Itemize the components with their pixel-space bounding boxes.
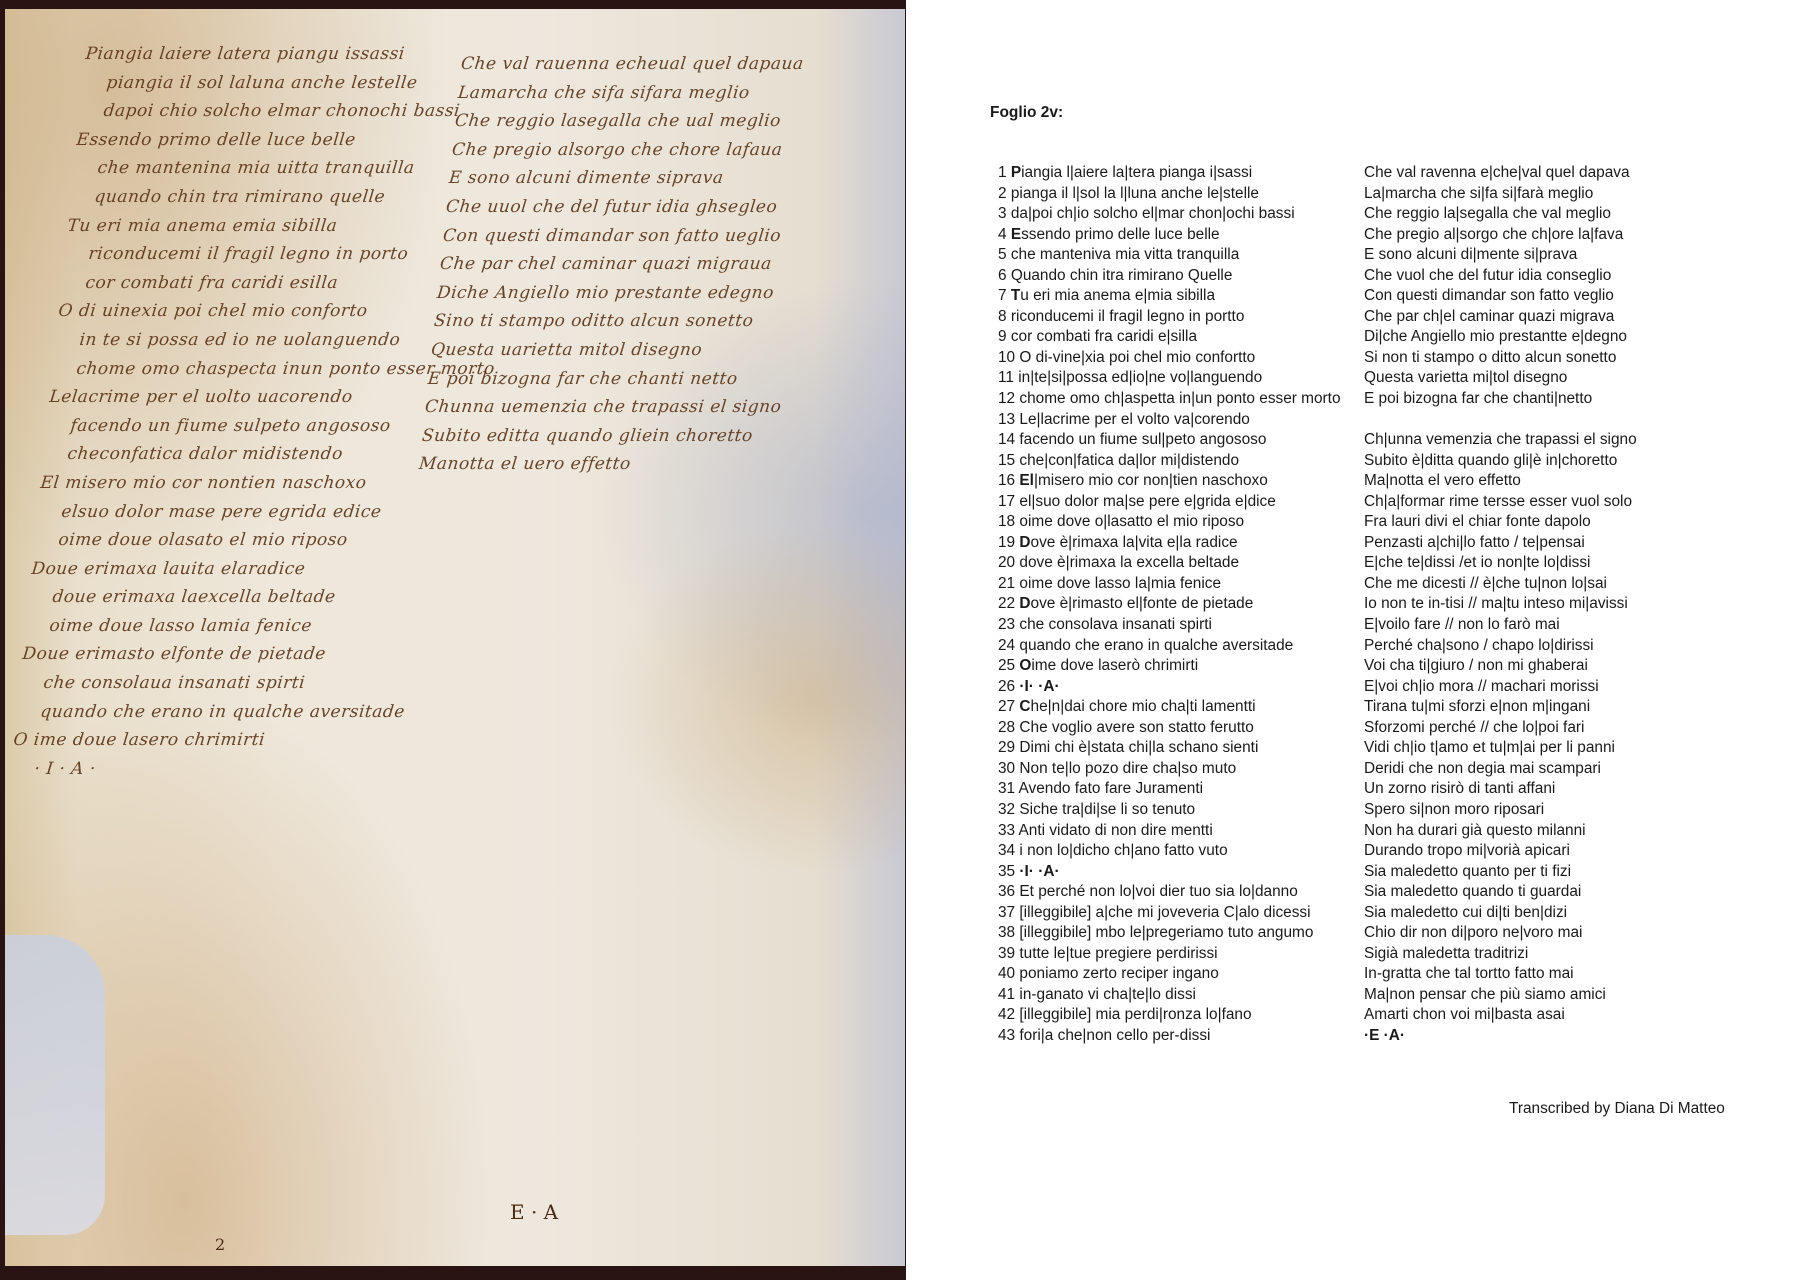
line-text: Le|lacrime per el volto va|corendo [1019, 411, 1249, 428]
line-text: Anti vidato di non dire mentti [1019, 822, 1213, 839]
line-number: 23 [998, 616, 1019, 633]
line-number: 5 [998, 246, 1011, 263]
line-number: 18 [998, 513, 1019, 530]
line-number: 35 [998, 863, 1019, 880]
line-number: 19 [998, 534, 1019, 551]
transcription-line: Sia maledetto quando ti guardai [1364, 882, 1784, 903]
line-number: 4 [998, 226, 1011, 243]
line-text: Siche tra|di|se li so tenuto [1019, 801, 1195, 818]
transcription-line: 14 facendo un fiume sul|peto angososo [998, 430, 1343, 451]
verse-initial: P [1011, 164, 1021, 181]
transcription-line: 42 [illeggibile] mia perdi|ronza lo|fano [998, 1005, 1343, 1026]
line-text: oime dove lasso la|mia fenice [1019, 575, 1221, 592]
verse-initial: ·I· ·A· [1019, 678, 1059, 695]
line-number: 28 [998, 719, 1019, 736]
line-number: 14 [998, 431, 1019, 448]
line-number: 12 [998, 390, 1019, 407]
line-number: 1 [998, 164, 1011, 181]
line-number: 22 [998, 595, 1019, 612]
transcription-line: Durando tropo mi|vorià apicari [1364, 841, 1784, 862]
line-number: 11 [998, 369, 1018, 386]
verse-initial: D [1019, 534, 1030, 551]
manuscript-line: E sono alcuni dimente siprava [448, 164, 807, 193]
transcription-line: 11 in|te|si|possa ed|io|ne vo|languendo [998, 368, 1343, 389]
line-number: 36 [998, 883, 1019, 900]
line-number: 39 [998, 945, 1019, 962]
manuscript-line: Lamarcha che sifa sifara meglio [457, 79, 816, 108]
line-text: Non te|lo pozo dire cha|so muto [1019, 760, 1236, 777]
transcription-line: Tirana tu|mi sforzi e|non m|ingani [1364, 697, 1784, 718]
manuscript-line: Che uuol che del futur idia ghsegleo [445, 193, 804, 222]
line-text: he|n|dai chore mio cha|ti lamentti [1031, 698, 1256, 715]
transcription-line: Penzasti a|chi|lo fatto / te|pensai [1364, 533, 1784, 554]
transcription-line: 5 che manteniva mia vitta tranquilla [998, 245, 1343, 266]
line-number: 10 [998, 349, 1019, 366]
transcription-line: Sigià maledetta traditrizi [1364, 944, 1784, 965]
transcription-left-column: 1 Piangia l|aiere la|tera pianga i|sassi… [998, 163, 1343, 1047]
line-text: tutte le|tue pregiere perdirissi [1019, 945, 1217, 962]
line-number: 6 [998, 267, 1011, 284]
manuscript-line: Manotta el uero effetto [417, 450, 776, 479]
transcription-line: 18 oime dove o|lasatto el mio riposo [998, 512, 1343, 533]
transcription-line: Che val ravenna e|che|val quel dapava [1364, 163, 1784, 184]
transcription-line: 3 da|poi ch|io solcho el|mar chon|ochi b… [998, 204, 1343, 225]
manuscript-line: Doue erimasto elfonte de pietade [21, 640, 466, 669]
manuscript-torn-edge [5, 935, 105, 1235]
transcription-line: Fra lauri divi el chiar fonte dapolo [1364, 512, 1784, 533]
line-number: 40 [998, 965, 1019, 982]
line-text: pianga il l|sol la l|luna anche le|stell… [1011, 185, 1259, 202]
line-text: da|poi ch|io solcho el|mar chon|ochi bas… [1011, 205, 1295, 222]
verse-initial: O [1019, 657, 1031, 674]
transcription-line: 1 Piangia l|aiere la|tera pianga i|sassi [998, 163, 1343, 184]
transcription-line: Che me dicesti // è|che tu|non lo|sai [1364, 574, 1784, 595]
transcription-line: Vidi ch|io t|amo et tu|m|ai per li panni [1364, 738, 1784, 759]
manuscript-line: Doue erimaxa lauita elaradice [30, 555, 475, 584]
line-text: in|te|si|possa ed|io|ne vo|languendo [1018, 369, 1262, 386]
transcription-line: 13 Le|lacrime per el volto va|corendo [998, 410, 1343, 431]
line-number: 3 [998, 205, 1011, 222]
line-text: Quando chin itra rimirano Quelle [1011, 267, 1233, 284]
line-number: 31 [998, 780, 1019, 797]
transcription-line: Ma|notta el vero effetto [1364, 471, 1784, 492]
manuscript-line: · I · A · [9, 755, 454, 784]
transcription-line: Io non te in-tisi // ma|tu inteso mi|avi… [1364, 594, 1784, 615]
line-text: Avendo fato fare Juramenti [1019, 780, 1204, 797]
transcription-line: 34 i non lo|dicho ch|ano fatto vuto [998, 841, 1343, 862]
manuscript-line: elsuo dolor mase pere egrida edice [36, 498, 481, 527]
transcription-line: Che pregio al|sorgo che ch|ore la|fava [1364, 225, 1784, 246]
transcription-line: Che reggio la|segalla che val meglio [1364, 204, 1784, 225]
line-number: 42 [998, 1006, 1019, 1023]
line-number: 9 [998, 328, 1011, 345]
transcription-line: 4 Essendo primo delle luce belle [998, 225, 1343, 246]
line-text: Che voglio avere son statto ferutto [1019, 719, 1253, 736]
transcription-line: 9 cor combati fra caridi e|silla [998, 327, 1343, 348]
transcription-line: Chio dir non di|poro ne|voro mai [1364, 923, 1784, 944]
line-number: 33 [998, 822, 1019, 839]
manuscript-line: E poi bizogna far che chanti netto [426, 365, 785, 394]
transcription-line: Ma|non pensar che più siamo amici [1364, 985, 1784, 1006]
line-text: [illeggibile] a|che mi joveveria C|alo d… [1019, 904, 1310, 921]
verse-initial: E [1011, 226, 1021, 243]
folio-title: Foglio 2v: [990, 104, 1063, 122]
transcription-line: 30 Non te|lo pozo dire cha|so muto [998, 759, 1343, 780]
line-number: 21 [998, 575, 1019, 592]
transcription-line: 41 in-ganato vi cha|te|lo dissi [998, 985, 1343, 1006]
line-text: che consolava insanati spirti [1019, 616, 1212, 633]
transcription-line: 8 riconducemi il fragil legno in portto [998, 307, 1343, 328]
transcription-line: Si non ti stampo o ditto alcun sonetto [1364, 348, 1784, 369]
line-text: i non lo|dicho ch|ano fatto vuto [1019, 842, 1227, 859]
verse-initial: ·I· ·A· [1019, 863, 1059, 880]
line-text: riconducemi il fragil legno in portto [1011, 308, 1245, 325]
line-number: 27 [998, 698, 1019, 715]
line-number: 16 [998, 472, 1019, 489]
line-number: 38 [998, 924, 1019, 941]
manuscript-line: oime doue olasato el mio riposo [33, 526, 478, 555]
manuscript-line: doue erimaxa laexcella beltade [27, 583, 472, 612]
line-number: 24 [998, 637, 1019, 654]
stanza-break [1364, 410, 1784, 431]
transcription-line: 36 Et perché non lo|voi dier tuo sia lo|… [998, 882, 1343, 903]
line-number: 34 [998, 842, 1019, 859]
transcription-line: 7 Tu eri mia anema e|mia sibilla [998, 286, 1343, 307]
line-number: 41 [998, 986, 1019, 1003]
transcription-line: Amarti chon voi mi|basta asai [1364, 1005, 1784, 1026]
manuscript-ending-mark: E · A [510, 1200, 558, 1224]
line-number: 7 [998, 287, 1011, 304]
transcription-line: Che vuol che del futur idia conseglio [1364, 266, 1784, 287]
transcription-line: Ch|unna vemenzia che trapassi el signo [1364, 430, 1784, 451]
transcription-line: E|che te|dissi /et io non|te lo|dissi [1364, 553, 1784, 574]
manuscript-line: Diche Angiello mio prestante edegno [435, 279, 794, 308]
line-text: iangia l|aiere la|tera pianga i|sassi [1021, 164, 1252, 181]
line-text: ove è|rimaxa la|vita e|la radice [1031, 534, 1238, 551]
line-number: 25 [998, 657, 1019, 674]
transcription-line: E|voi ch|io mora // machari morissi [1364, 677, 1784, 698]
transcription-line: 23 che consolava insanati spirti [998, 615, 1343, 636]
manuscript-line: Che par chel caminar quazi migraua [438, 250, 797, 279]
line-number: 26 [998, 678, 1019, 695]
line-number: 17 [998, 493, 1019, 510]
transcription-line: Non ha durari già questo milanni [1364, 821, 1784, 842]
transcription-line: 32 Siche tra|di|se li so tenuto [998, 800, 1343, 821]
line-text: fori|a che|non cello per-dissi [1019, 1027, 1210, 1044]
line-text: dove è|rimaxa la excella beltade [1019, 554, 1239, 571]
line-text: che|con|fatica da|lor mi|distendo [1019, 452, 1239, 469]
line-text: Et perché non lo|voi dier tuo sia lo|dan… [1019, 883, 1297, 900]
transcription-line: Perché cha|sono / chapo lo|dirissi [1364, 636, 1784, 657]
transcription-line: 12 chome omo ch|aspetta in|un ponto esse… [998, 389, 1343, 410]
transcription-line: ·E ·A· [1364, 1026, 1784, 1047]
transcription-line: Spero si|non moro riposari [1364, 800, 1784, 821]
transcription-line: 10 O di-vine|xia poi chel mio confortto [998, 348, 1343, 369]
transcription-line: 28 Che voglio avere son statto ferutto [998, 718, 1343, 739]
line-text: [illeggibile] mbo le|pregeriamo tuto ang… [1019, 924, 1313, 941]
transcriber-credit: Transcribed by Diana Di Matteo [1509, 1100, 1725, 1118]
manuscript-line: Subito editta quando gliein choretto [420, 422, 779, 451]
transcription-line: 35 ·I· ·A· [998, 862, 1343, 883]
line-text: O di-vine|xia poi chel mio confortto [1019, 349, 1255, 366]
manuscript-page-number: 2 [215, 1235, 225, 1254]
manuscript-line: Che val rauenna echeual quel dapaua [460, 50, 819, 79]
line-number: 43 [998, 1027, 1019, 1044]
transcription-line: 26 ·I· ·A· [998, 677, 1343, 698]
manuscript-line: O ime doue lasero chrimirti [12, 726, 457, 755]
transcription-line: 43 fori|a che|non cello per-dissi [998, 1026, 1343, 1047]
transcription-line: In-gratta che tal tortto fatto mai [1364, 964, 1784, 985]
transcription-line: 31 Avendo fato fare Juramenti [998, 779, 1343, 800]
line-number: 20 [998, 554, 1019, 571]
line-number: 29 [998, 739, 1019, 756]
transcription-line: 37 [illeggibile] a|che mi joveveria C|al… [998, 903, 1343, 924]
manuscript-line: Che pregio alsorgo che chore lafaua [451, 136, 810, 165]
line-text: chome omo ch|aspetta in|un ponto esser m… [1019, 390, 1340, 407]
transcription-line: 39 tutte le|tue pregiere perdirissi [998, 944, 1343, 965]
line-text: ssendo primo delle luce belle [1021, 226, 1220, 243]
line-number: 2 [998, 185, 1011, 202]
line-text: u eri mia anema e|mia sibilla [1020, 287, 1215, 304]
line-text: poniamo zerto reciper ingano [1019, 965, 1218, 982]
line-text: facendo un fiume sul|peto angososo [1019, 431, 1266, 448]
verse-initial: D [1019, 595, 1030, 612]
transcription-line: E sono alcuni di|mente si|prava [1364, 245, 1784, 266]
transcription-line: Ch|a|formar rime tersse esser vuol solo [1364, 492, 1784, 513]
transcription-line: La|marcha che si|fa si|farà meglio [1364, 184, 1784, 205]
transcription-line: 22 Dove è|rimasto el|fonte de pietade [998, 594, 1343, 615]
line-number: 37 [998, 904, 1019, 921]
line-text: Dimi chi è|stata chi|la schano sienti [1019, 739, 1258, 756]
transcription-line: Che par ch|el caminar quazi migrava [1364, 307, 1784, 328]
line-text: cor combati fra caridi e|silla [1011, 328, 1197, 345]
transcription-line: Questa varietta mi|tol disegno [1364, 368, 1784, 389]
line-number: 32 [998, 801, 1019, 818]
transcription-line: Sia maledetto quanto per ti fizi [1364, 862, 1784, 883]
line-text: ime dove laserò chrimirti [1031, 657, 1198, 674]
transcription-line: 6 Quando chin itra rimirano Quelle [998, 266, 1343, 287]
manuscript-line: oime doue lasso lamia fenice [24, 612, 469, 641]
transcription-line: 25 Oime dove laserò chrimirti [998, 656, 1343, 677]
transcription-line: E poi bizogna far che chanti|netto [1364, 389, 1784, 410]
transcription-line: 40 poniamo zerto reciper ingano [998, 964, 1343, 985]
transcription-line: 27 Che|n|dai chore mio cha|ti lamentti [998, 697, 1343, 718]
transcription-line: Sforzomi perché // che lo|poi fari [1364, 718, 1784, 739]
transcription-line: 15 che|con|fatica da|lor mi|distendo [998, 451, 1343, 472]
manuscript-line: quando che erano in qualche aversitade [15, 698, 460, 727]
manuscript-line: Con questi dimandar son fatto ueglio [442, 222, 801, 251]
transcription-line: 33 Anti vidato di non dire mentti [998, 821, 1343, 842]
transcription-line: 38 [illeggibile] mbo le|pregeriamo tuto … [998, 923, 1343, 944]
line-number: 8 [998, 308, 1011, 325]
transcription-line: 20 dove è|rimaxa la excella beltade [998, 553, 1343, 574]
manuscript-line: Sino ti stampo oditto alcun sonetto [432, 307, 791, 336]
line-text: |misero mio cor non|tien naschoxo [1034, 472, 1268, 489]
transcription-line: Con questi dimandar son fatto veglio [1364, 286, 1784, 307]
transcription-line: Sia maledetto cui di|ti ben|dizi [1364, 903, 1784, 924]
transcription-line: E|voilo fare // non lo farò mai [1364, 615, 1784, 636]
manuscript-line: Che reggio lasegalla che ual meglio [454, 107, 813, 136]
line-text: oime dove o|lasatto el mio riposo [1019, 513, 1244, 530]
transcription-line: Un zorno risirò di tanti affani [1364, 779, 1784, 800]
line-number: 30 [998, 760, 1019, 777]
transcription-line: 21 oime dove lasso la|mia fenice [998, 574, 1343, 595]
line-text: quando che erano in qualche aversitade [1019, 637, 1293, 654]
transcription-right-column: Che val ravenna e|che|val quel dapavaLa|… [1364, 163, 1784, 1047]
manuscript-right-column: Che val rauenna echeual quel dapauaLamar… [417, 50, 818, 479]
transcription-line: Di|che Angiello mio prestantte e|degno [1364, 327, 1784, 348]
verse-initial: T [1011, 287, 1020, 304]
transcription-line: 17 el|suo dolor ma|se pere e|grida e|dic… [998, 492, 1343, 513]
line-number: 13 [998, 411, 1019, 428]
line-number: 15 [998, 452, 1019, 469]
verse-initial: El [1019, 472, 1034, 489]
manuscript-image: Piangia laiere latera piangu issassipian… [0, 0, 906, 1280]
manuscript-line: Chunna uemenzia che trapassi el signo [423, 393, 782, 422]
manuscript-line: Questa uarietta mitol disegno [429, 336, 788, 365]
manuscript-line: che consolaua insanati spirti [18, 669, 463, 698]
verse-initial: C [1019, 698, 1030, 715]
line-text: [illeggibile] mia perdi|ronza lo|fano [1019, 1006, 1251, 1023]
line-text: el|suo dolor ma|se pere e|grida e|dice [1019, 493, 1275, 510]
transcription-line: 2 pianga il l|sol la l|luna anche le|ste… [998, 184, 1343, 205]
transcription-line: Deridi che non degia mai scampari [1364, 759, 1784, 780]
line-text: che manteniva mia vitta tranquilla [1011, 246, 1239, 263]
transcription-line: Subito è|ditta quando gli|è in|choretto [1364, 451, 1784, 472]
transcription-line: 19 Dove è|rimaxa la|vita e|la radice [998, 533, 1343, 554]
transcription-line: 16 El|misero mio cor non|tien naschoxo [998, 471, 1343, 492]
line-text: in-ganato vi cha|te|lo dissi [1019, 986, 1196, 1003]
line-text: ove è|rimasto el|fonte de pietade [1031, 595, 1254, 612]
transcription-line: 24 quando che erano in qualche aversitad… [998, 636, 1343, 657]
transcription-line: Voi cha ti|giuro / non mi ghaberai [1364, 656, 1784, 677]
transcription-line: 29 Dimi chi è|stata chi|la schano sienti [998, 738, 1343, 759]
